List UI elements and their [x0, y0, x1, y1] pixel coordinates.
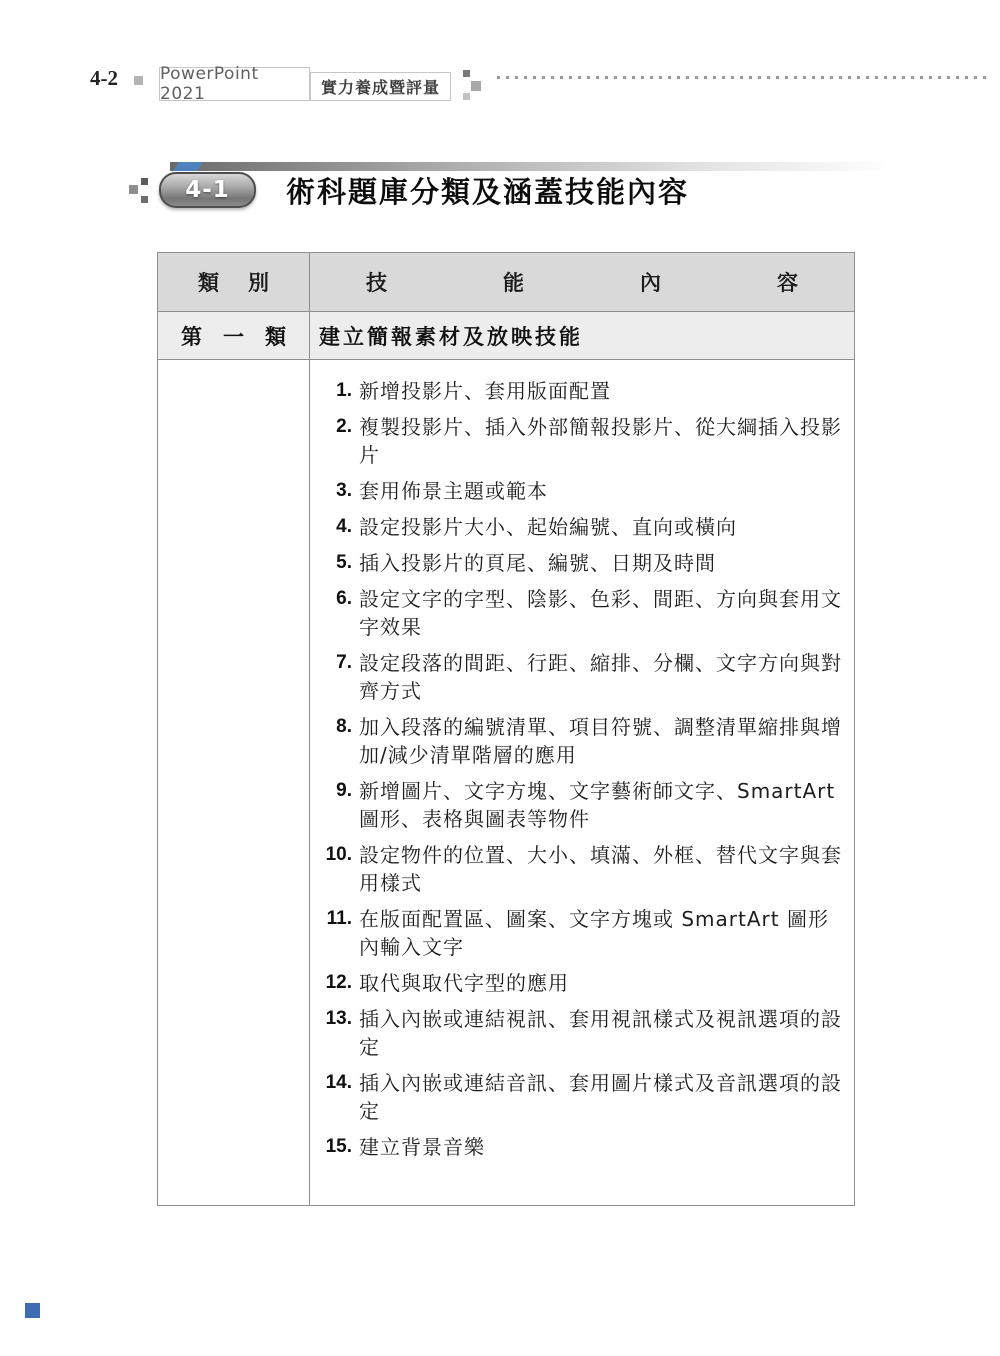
skill-text: 在版面配置區、圖案、文字方塊或 SmartArt 圖形內輸入文字: [359, 905, 848, 961]
skill-item: 13.插入內嵌或連結視訊、套用視訊樣式及視訊選項的設定: [318, 1005, 848, 1061]
skill-item: 8.加入段落的編號清單、項目符號、調整清單縮排與增加/減少清單階層的應用: [318, 713, 848, 769]
section-number-badge: 4-1: [159, 172, 256, 208]
square-deco-icon: [471, 81, 481, 91]
header-cell-skills: 技能內容: [310, 253, 854, 311]
category-title-cell: 建立簡報素材及放映技能: [310, 312, 854, 359]
book-subtitle: 實力養成暨評量: [321, 75, 440, 98]
skill-text: 取代與取代字型的應用: [359, 969, 848, 997]
blue-accent-icon: [173, 162, 203, 171]
skill-number: 14.: [318, 1069, 352, 1125]
skill-text: 新增投影片、套用版面配置: [359, 377, 848, 405]
skill-number: 2.: [318, 413, 352, 469]
book-subtitle-tab: 實力養成暨評量: [310, 72, 451, 101]
skill-number: 11.: [318, 905, 352, 961]
header-cell-category: 類別: [158, 253, 310, 311]
skills-list: 1.新增投影片、套用版面配置 2.複製投影片、插入外部簡報投影片、從大綱插入投影…: [318, 377, 848, 1161]
skill-text: 設定段落的間距、行距、縮排、分欄、文字方向與對齊方式: [359, 649, 848, 705]
skill-number: 3.: [318, 477, 352, 505]
skill-item: 4.設定投影片大小、起始編號、直向或橫向: [318, 513, 848, 541]
skill-text: 加入段落的編號清單、項目符號、調整清單縮排與增加/減少清單階層的應用: [359, 713, 848, 769]
skill-text: 插入內嵌或連結視訊、套用視訊樣式及視訊選項的設定: [359, 1005, 848, 1061]
header-category-label: 類別: [158, 267, 309, 297]
skills-list-cell: 1.新增投影片、套用版面配置 2.複製投影片、插入外部簡報投影片、從大綱插入投影…: [310, 360, 854, 1205]
skill-text: 設定物件的位置、大小、填滿、外框、替代文字與套用樣式: [359, 841, 848, 897]
skill-text: 插入投影片的頁尾、編號、日期及時間: [359, 549, 848, 577]
square-deco-icon: [463, 93, 470, 100]
category-title: 建立簡報素材及放映技能: [310, 321, 583, 351]
skill-text: 新增圖片、文字方塊、文字藝術師文字、SmartArt 圖形、表格與圖表等物件: [359, 777, 848, 833]
skill-item: 12.取代與取代字型的應用: [318, 969, 848, 997]
skills-table: 類別 技能內容 第一類 建立簡報素材及放映技能 1.新增投影片、套用版面配置 2…: [157, 252, 855, 1206]
category-label: 第一類: [158, 321, 309, 351]
skill-number: 1.: [318, 377, 352, 405]
category-cell: 第一類: [158, 312, 310, 359]
skill-item: 1.新增投影片、套用版面配置: [318, 377, 848, 405]
skills-body-row: 1.新增投影片、套用版面配置 2.複製投影片、插入外部簡報投影片、從大綱插入投影…: [158, 359, 854, 1205]
header-skills-label: 技能內容: [310, 267, 854, 297]
skill-item: 7.設定段落的間距、行距、縮排、分欄、文字方向與對齊方式: [318, 649, 848, 705]
skill-item: 15.建立背景音樂: [318, 1133, 848, 1161]
empty-category-cell: [158, 360, 310, 1205]
section-number: 4-1: [185, 177, 230, 203]
skill-item: 3.套用佈景主題或範本: [318, 477, 848, 505]
book-title: PowerPoint 2021: [160, 64, 309, 104]
square-bullet-icon: [134, 76, 143, 85]
square-deco-icon: [463, 70, 470, 77]
skill-item: 14.插入內嵌或連結音訊、套用圖片樣式及音訊選項的設定: [318, 1069, 848, 1125]
section-title: 術科題庫分類及涵蓋技能內容: [286, 172, 689, 208]
skill-item: 2.複製投影片、插入外部簡報投影片、從大綱插入投影片: [318, 413, 848, 469]
skill-item: 9.新增圖片、文字方塊、文字藝術師文字、SmartArt 圖形、表格與圖表等物件: [318, 777, 848, 833]
square-deco-icon: [141, 196, 148, 203]
skill-text: 複製投影片、插入外部簡報投影片、從大綱插入投影片: [359, 413, 848, 469]
skill-text: 插入內嵌或連結音訊、套用圖片樣式及音訊選項的設定: [359, 1069, 848, 1125]
table-header-row: 類別 技能內容: [158, 253, 854, 311]
skill-number: 6.: [318, 585, 352, 641]
square-deco-icon: [141, 178, 148, 185]
skill-number: 8.: [318, 713, 352, 769]
book-title-tab: PowerPoint 2021: [159, 67, 310, 101]
skill-text: 設定文字的字型、陰影、色彩、間距、方向與套用文字效果: [359, 585, 848, 641]
skill-number: 10.: [318, 841, 352, 897]
skill-text: 建立背景音樂: [359, 1133, 848, 1161]
skill-item: 5.插入投影片的頁尾、編號、日期及時間: [318, 549, 848, 577]
skill-text: 設定投影片大小、起始編號、直向或橫向: [359, 513, 848, 541]
skill-number: 12.: [318, 969, 352, 997]
category-row: 第一類 建立簡報素材及放映技能: [158, 311, 854, 359]
skill-number: 9.: [318, 777, 352, 833]
skill-item: 10.設定物件的位置、大小、填滿、外框、替代文字與套用樣式: [318, 841, 848, 897]
section-title-text: 術科題庫分類及涵蓋技能內容: [286, 170, 689, 211]
skill-number: 4.: [318, 513, 352, 541]
skill-number: 13.: [318, 1005, 352, 1061]
skill-item: 6.設定文字的字型、陰影、色彩、間距、方向與套用文字效果: [318, 585, 848, 641]
page-corner-mark: [25, 1303, 40, 1318]
skill-number: 5.: [318, 549, 352, 577]
skill-number: 7.: [318, 649, 352, 705]
skill-number: 15.: [318, 1133, 352, 1161]
skill-text: 套用佈景主題或範本: [359, 477, 848, 505]
page-number: 4-2: [90, 66, 118, 91]
square-deco-icon: [129, 185, 138, 194]
skill-item: 11.在版面配置區、圖案、文字方塊或 SmartArt 圖形內輸入文字: [318, 905, 848, 961]
dotted-rule: [497, 76, 989, 79]
